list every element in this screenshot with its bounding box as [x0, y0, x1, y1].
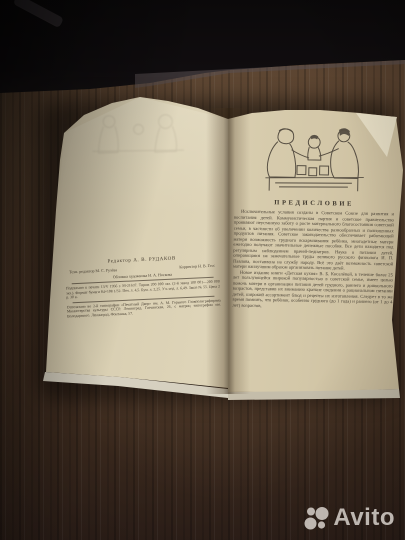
corrector-line: Корректор Н. В. Гесс — [179, 263, 215, 270]
family-feeding-illustration — [255, 121, 374, 197]
show-through-illustration — [77, 106, 197, 180]
photo-scene: Редактор А. В. РУДАКОВ Техн. редактор М.… — [0, 0, 405, 540]
colophon-block: Редактор А. В. РУДАКОВ Техн. редактор М.… — [61, 254, 226, 321]
avito-logo-icon — [303, 504, 330, 531]
avito-watermark: Avito — [303, 504, 395, 531]
tech-editor-line: Техн. редактор М. С. Рулёва — [69, 267, 117, 274]
preface-page-content: ПРЕДИСЛОВИЕ Исключительные условия созда… — [232, 115, 395, 311]
dark-object — [0, 0, 405, 100]
preface-paragraph-2: Новое издание книги «Детская кухня» В. Б… — [232, 269, 393, 310]
preface-heading: ПРЕДИСЛОВИЕ — [234, 199, 394, 209]
avito-wordmark: Avito — [333, 506, 395, 530]
preface-paragraph-1: Исключительные условия созданы в Советск… — [233, 209, 394, 272]
